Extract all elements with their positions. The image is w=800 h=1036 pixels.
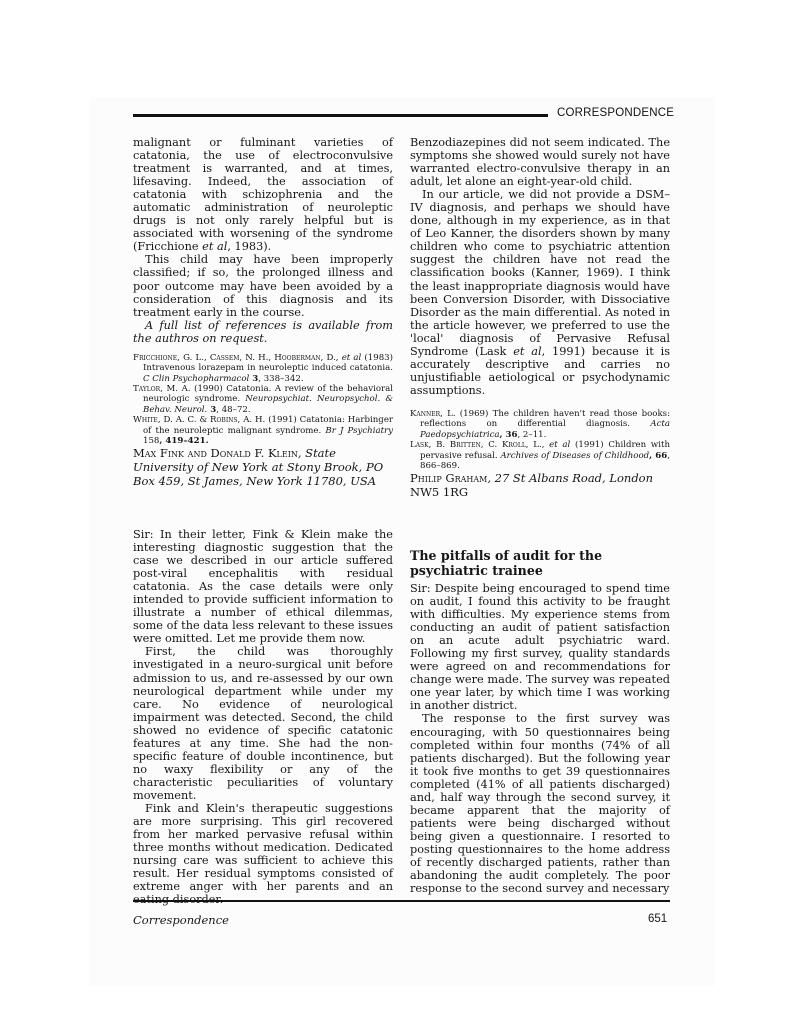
paragraph: Sir: In their letter, Fink & Klein make … <box>133 528 393 645</box>
bottom-left-column: Sir: In their letter, Fink & Klein make … <box>133 528 393 906</box>
paragraph: The response to the first survey was enc… <box>410 712 670 895</box>
paragraph: Sir: Despite being encouraged to spend t… <box>410 582 670 712</box>
author-signature: Max Fink and Donald F. Klein, State Univ… <box>133 446 393 488</box>
running-header: CORRESPONDENCE <box>557 107 674 119</box>
page-number: 651 <box>648 913 667 925</box>
bottom-right-column: The pitfalls of audit for the psychiatri… <box>410 549 670 895</box>
author-signature: Philip Graham, 27 St Albans Road, London… <box>410 471 670 499</box>
footer-rule <box>133 900 670 902</box>
top-right-column: Benzodiazepines did not seem indicated. … <box>410 136 670 499</box>
top-left-column: malignant or fulminant varieties of cata… <box>133 136 393 488</box>
paragraph: In our article, we did not provide a DSM… <box>410 188 670 397</box>
reference-item: Kanner, L. (1969) The children haven't r… <box>410 409 670 440</box>
reference-item: White, D. A. C. & Robins, A. H. (1991) C… <box>133 415 393 446</box>
reference-item: Taylor, M. A. (1990) Catatonia. A review… <box>133 384 393 415</box>
paragraph: malignant or fulminant varieties of cata… <box>133 136 393 253</box>
reference-list: Kanner, L. (1969) The children haven't r… <box>410 409 670 471</box>
running-footer: Correspondence <box>133 913 229 927</box>
paragraph: First, the child was thoroughly investig… <box>133 645 393 802</box>
references-note: A full list of references is available f… <box>133 319 393 345</box>
reference-item: Lask, B. Britten, C. Kroll, L., et al (1… <box>410 440 670 471</box>
article-heading: The pitfalls of audit for the psychiatri… <box>410 549 670 578</box>
reference-list: Fricchione, G. L., Cassem, N. H., Hoober… <box>133 353 393 447</box>
paragraph: This child may have been improperly clas… <box>133 253 393 318</box>
paragraph: Benzodiazepines did not seem indicated. … <box>410 136 670 188</box>
paragraph: Fink and Klein's therapeutic suggestions… <box>133 802 393 906</box>
reference-item: Fricchione, G. L., Cassem, N. H., Hoober… <box>133 353 393 384</box>
header-rule <box>133 114 548 117</box>
